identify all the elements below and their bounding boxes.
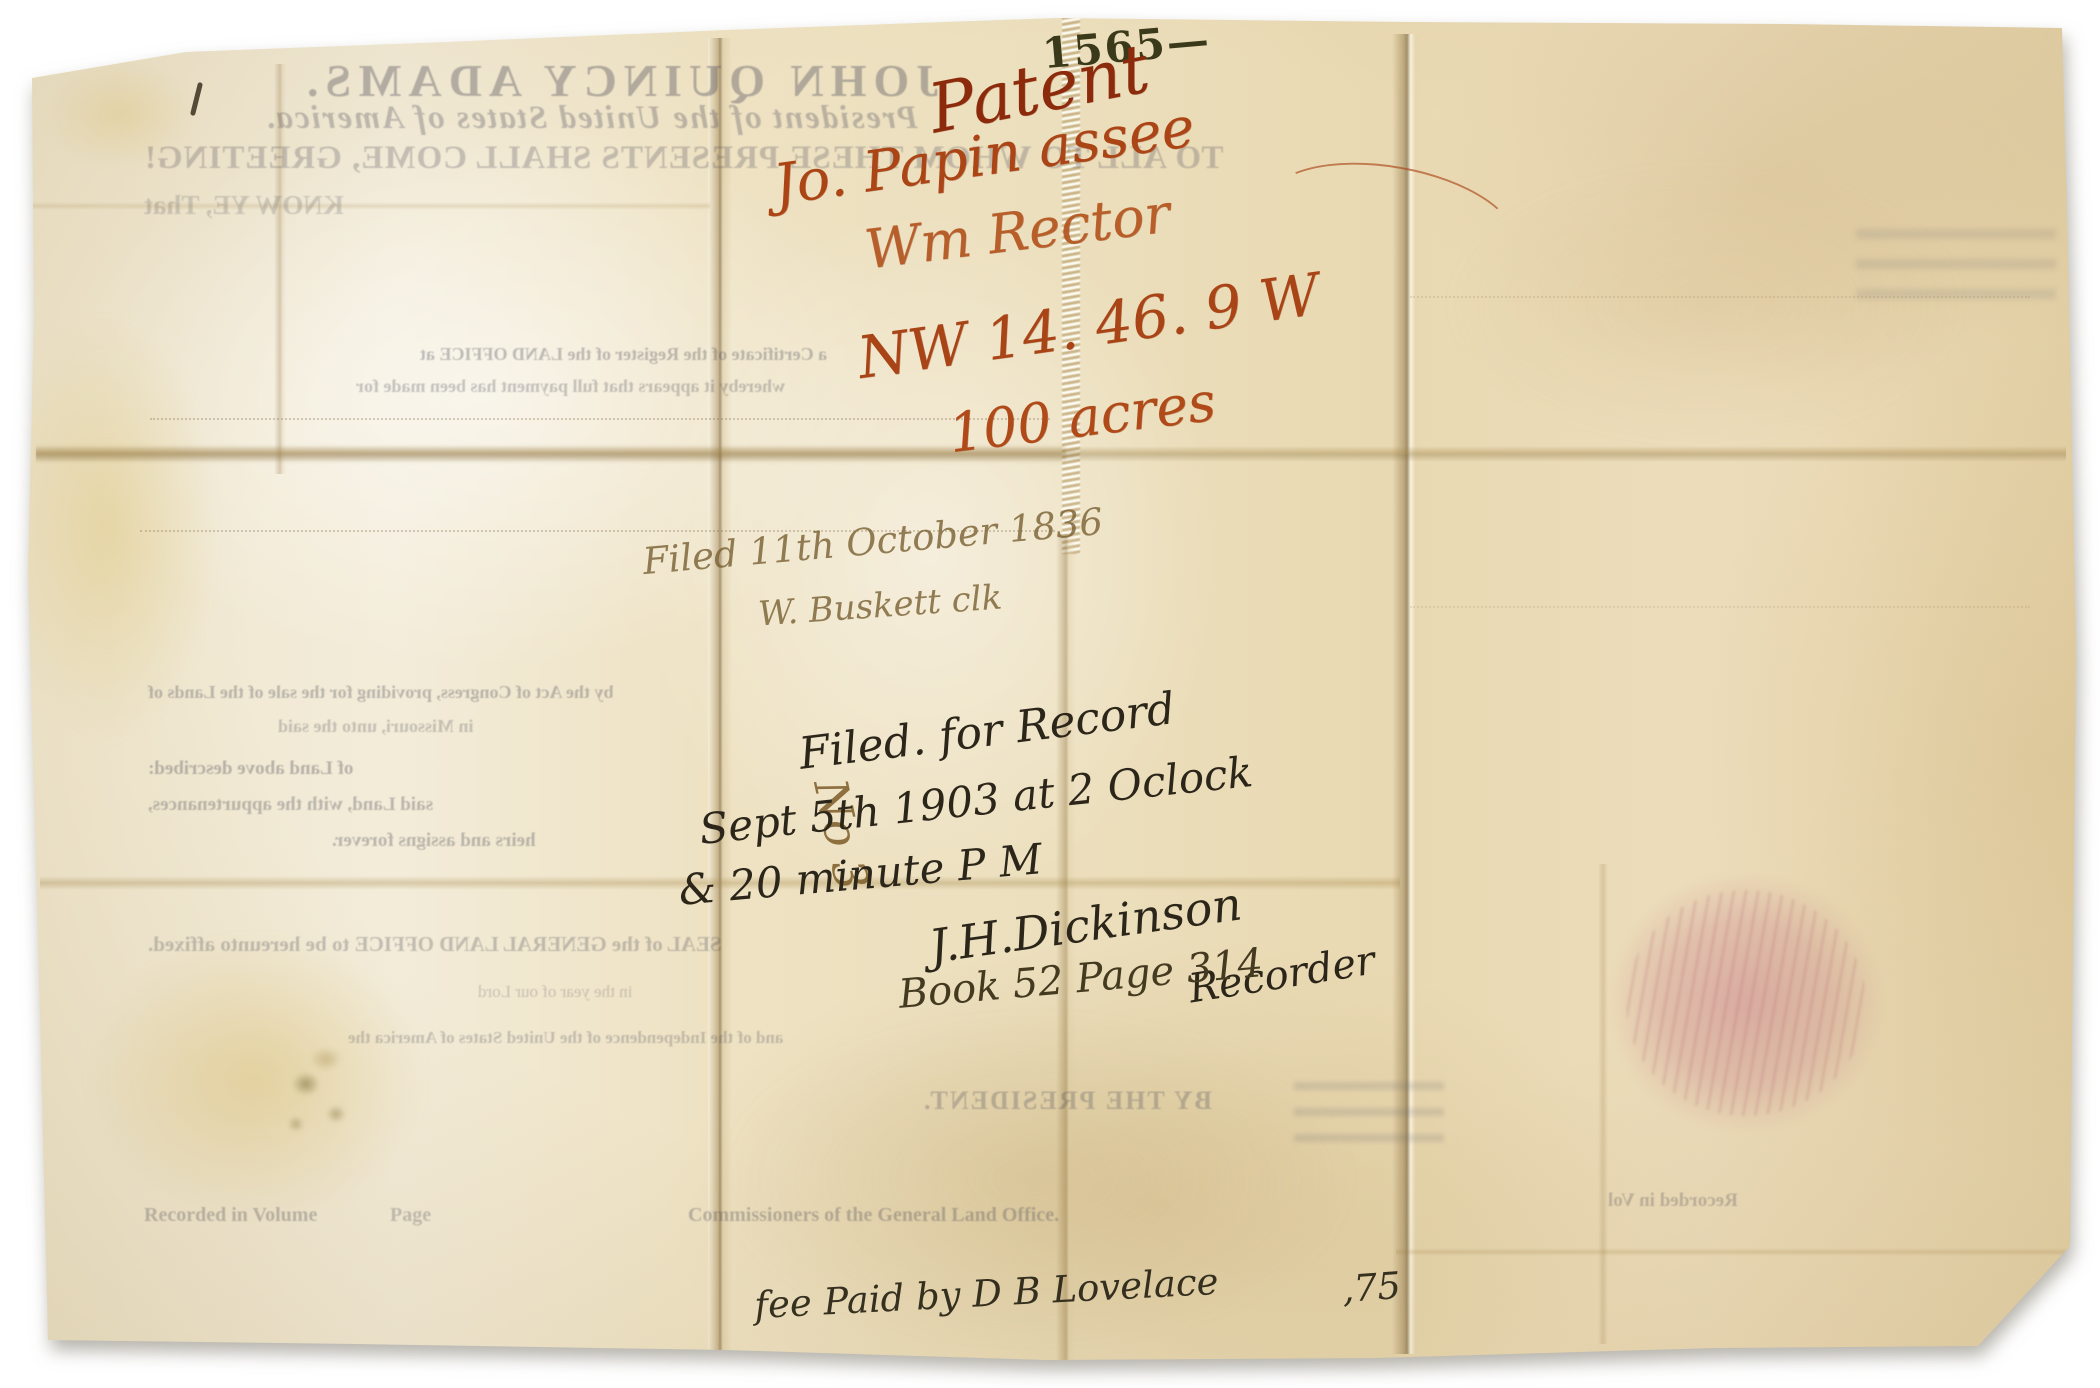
parchment-sheet: JOHN QUINCY ADAMS. President of the Unit… <box>26 14 2078 1366</box>
sheet-shadow-wrap: JOHN QUINCY ADAMS. President of the Unit… <box>0 0 2100 1388</box>
paper-vignette <box>26 14 2078 1366</box>
photo-of-document: JOHN QUINCY ADAMS. President of the Unit… <box>0 0 2100 1388</box>
